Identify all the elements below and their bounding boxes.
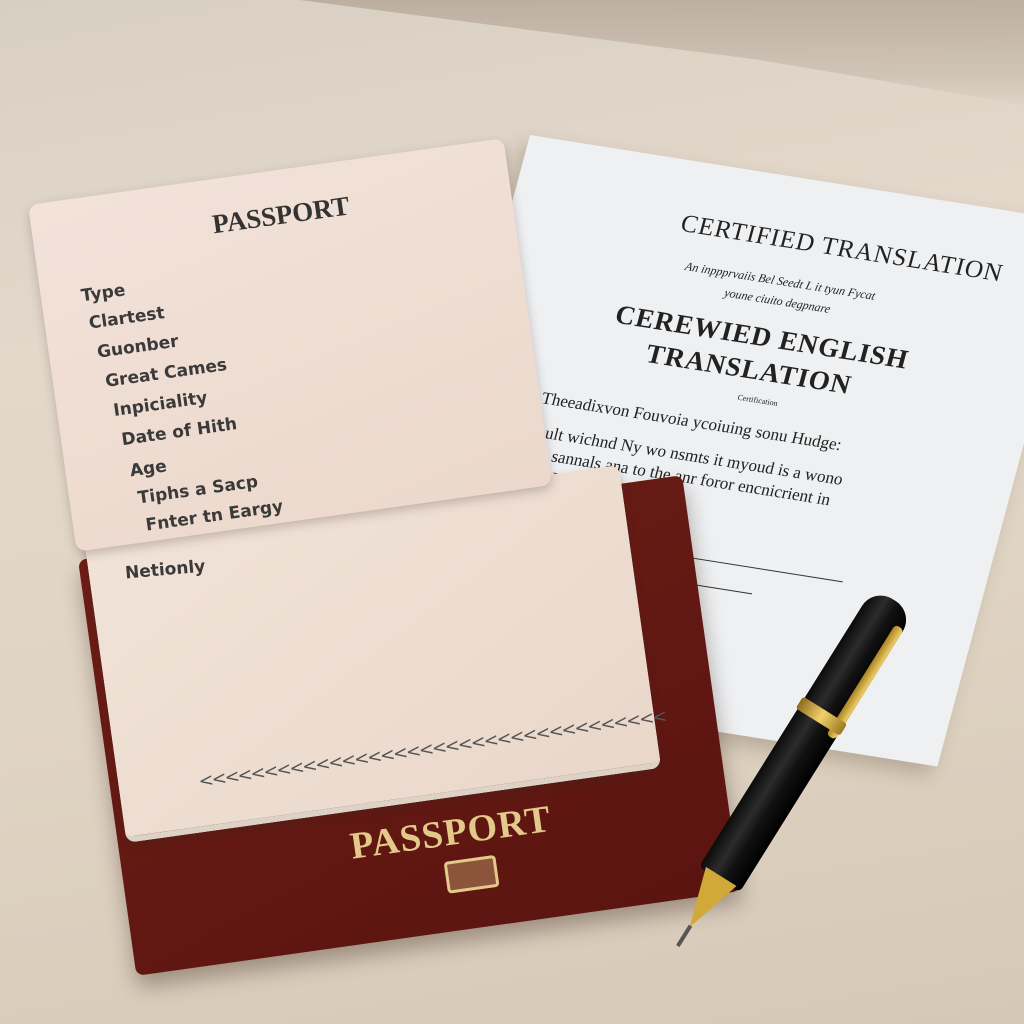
passport-page-title: PASSPORT bbox=[210, 190, 351, 240]
background-wall bbox=[0, 0, 1024, 110]
pen-nib bbox=[676, 925, 692, 947]
passport-field: Age bbox=[129, 456, 168, 481]
passport-field: Clartest bbox=[88, 303, 166, 333]
passport-field: Inpiciality bbox=[112, 388, 209, 421]
passport-field: Date of Hith bbox=[120, 414, 238, 450]
passport-emblem-icon bbox=[444, 855, 500, 894]
passport-field: Type bbox=[80, 280, 127, 306]
passport-cover-title: PASSPORT bbox=[348, 797, 554, 869]
passport-upper-page: PASSPORT Type Clartest Guonber Great Cam… bbox=[28, 138, 552, 551]
passport-field: Guonber bbox=[96, 331, 180, 362]
certificate-caption: Certification bbox=[737, 393, 779, 408]
passport-field: Great Cames bbox=[104, 355, 228, 392]
